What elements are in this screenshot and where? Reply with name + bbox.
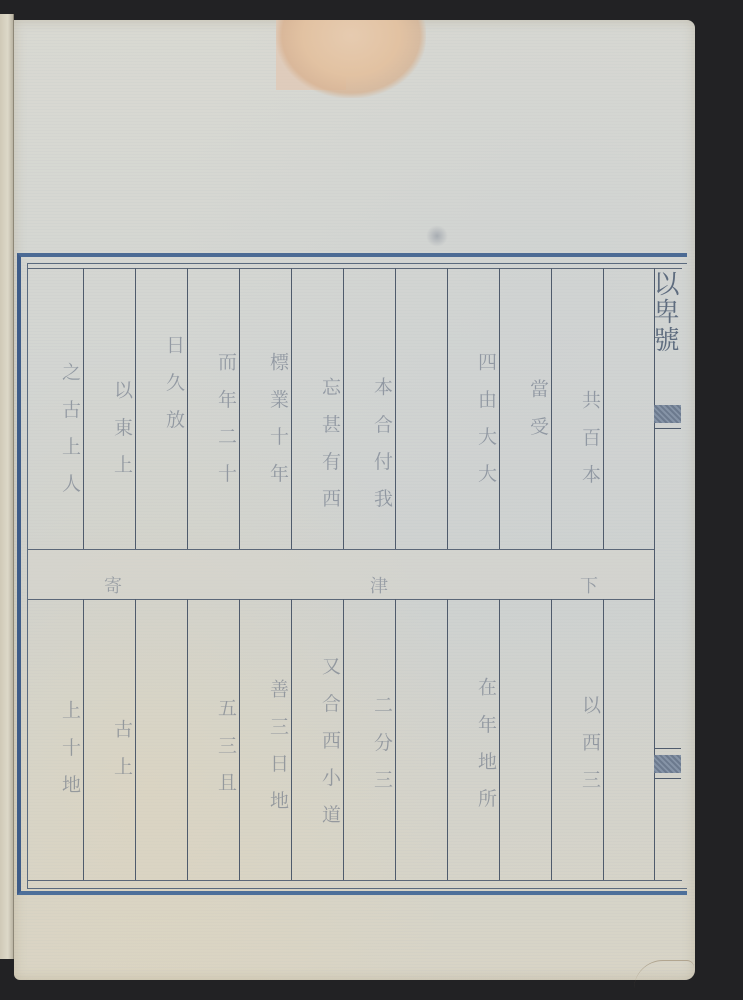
band-mark: 寄 [104,572,122,598]
lower-cell: 又 合 西 小 道 [292,615,342,870]
upper-cell [604,290,654,540]
title-rule [654,778,681,779]
title-column-rule [654,268,655,880]
facing-page-edge [0,14,14,959]
upper-cell: 本 合 付 我 [344,340,394,550]
lower-cell: 在 年 地 所 [448,620,498,870]
upper-cell: 標 業 十 年 [240,295,290,545]
band-mark: 津 [370,572,388,598]
lower-cell: 古 上 [84,630,134,870]
document-scan: 以卑號 共 百 本 當 受 四 由 大 大 本 合 付 我 忘 甚 有 西 標 … [0,0,743,1000]
lower-cell [500,610,550,870]
title-rule [654,428,681,429]
upper-cell: 日 久 放 [136,305,186,465]
upper-cell: 而 年 二 十 [188,295,238,545]
lower-cell [396,610,446,870]
bottom-rule [28,880,682,881]
band-mark: 下 [580,572,598,598]
band-bottom-rule [28,599,654,600]
lower-cell [136,610,186,870]
lower-cell: 五 三 且 [188,625,238,870]
lower-cell [604,610,654,870]
upper-cell: 四 由 大 大 [448,295,498,545]
upper-cell: 以 東 上 [84,320,134,540]
lower-cell: 上 十 地 [32,630,82,870]
upper-cell: 忘 甚 有 西 [292,340,342,550]
lower-cell: 二 分 三 [344,620,394,870]
ledger-title: 以卑號 [655,270,681,354]
title-ornament-block [654,755,681,773]
title-ornament-block [654,405,681,423]
upper-cell [396,290,446,540]
title-rule [654,748,681,749]
upper-cell: 共 百 本 [552,340,602,540]
lower-cell: 善 三 日 地 [240,625,290,870]
page-tear [634,960,694,989]
upper-cell: 當 受 [500,285,550,535]
upper-cell: 之 古 上 人 [32,320,82,540]
ink-smudge [426,225,448,247]
lower-cell: 以 西 三 [552,630,602,860]
top-rule [28,268,682,269]
